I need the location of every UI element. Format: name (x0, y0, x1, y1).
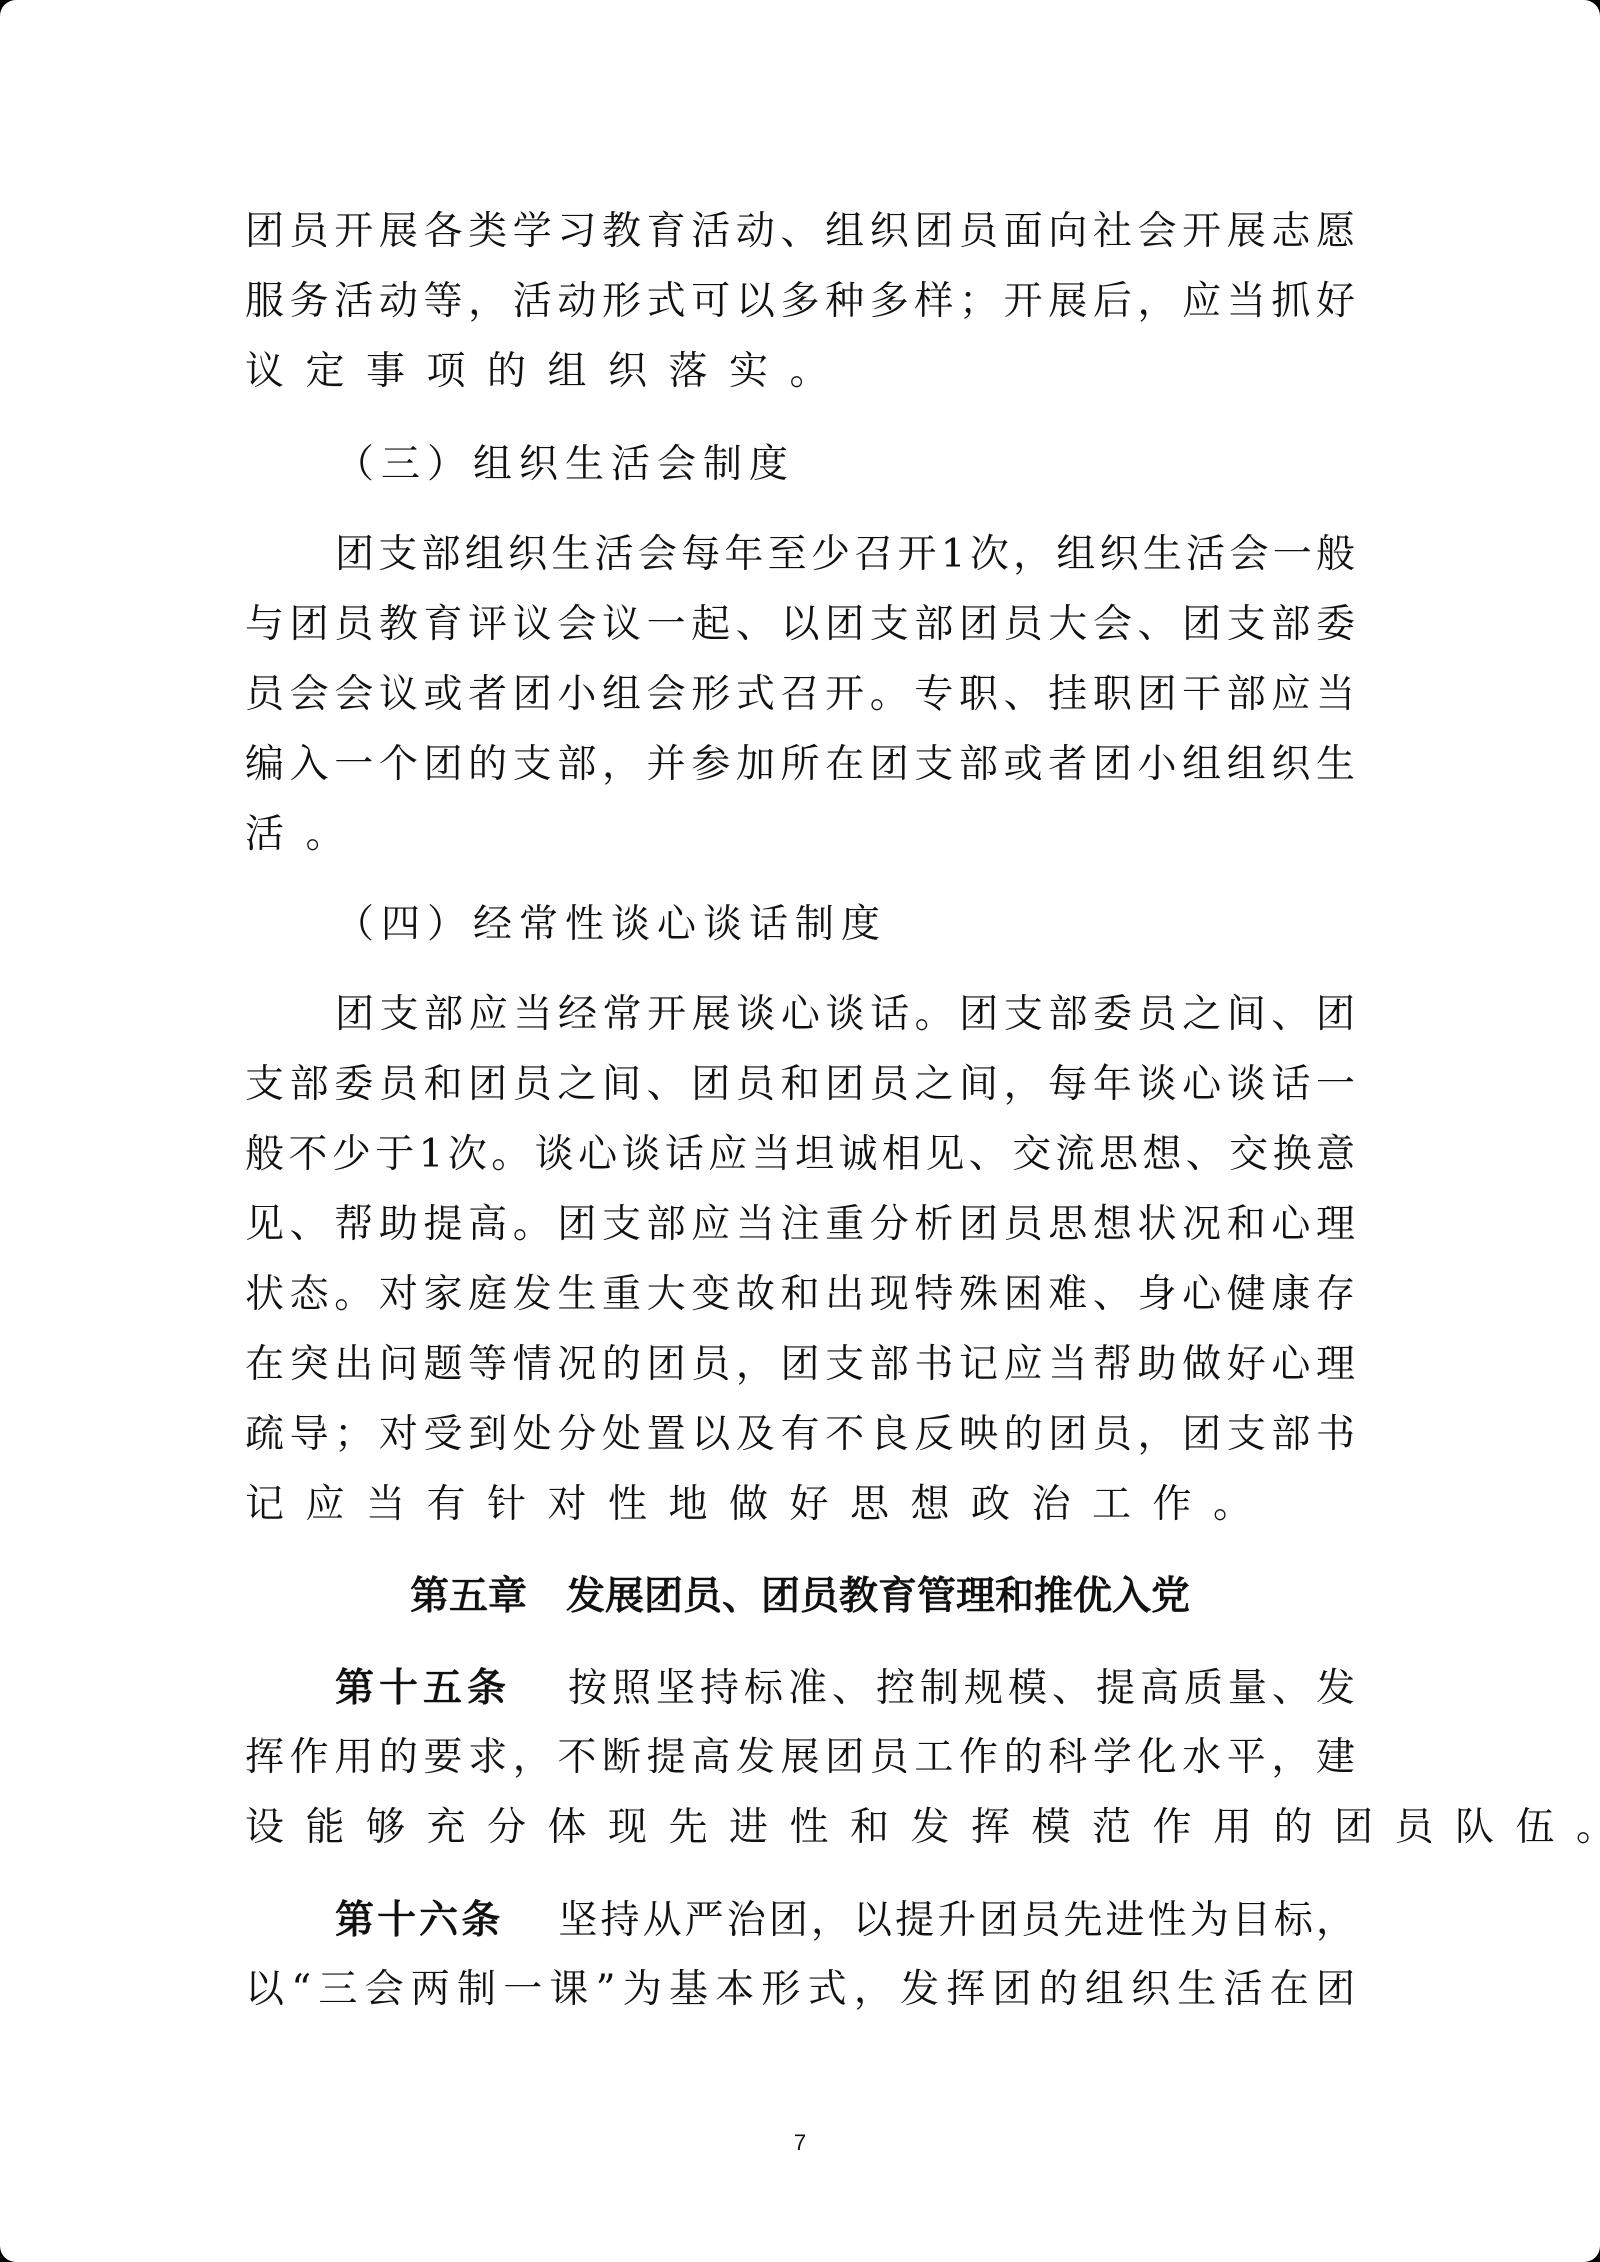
section-4-line-8: 记应当有针对性地做好思想政治工作。 (245, 1477, 1355, 1533)
paragraph-continuation-line-1: 团员开展各类学习教育活动、组织团员面向社会开展志愿 (245, 204, 1355, 260)
article-16-line-2: 以“三会两制一课”为基本形式，发挥团的组织生活在团 (245, 1962, 1355, 2018)
document-page: 团员开展各类学习教育活动、组织团员面向社会开展志愿 服务活动等，活动形式可以多种… (0, 0, 1600, 2262)
section-4-line-6: 在突出问题等情况的团员，团支部书记应当帮助做好心理 (245, 1337, 1355, 1393)
section-4-line-1: 团支部应当经常开展谈心谈话。团支部委员之间、团 (335, 987, 1355, 1043)
section-3-line-3: 员会会议或者团小组会形式召开。专职、挂职团干部应当 (245, 667, 1355, 723)
section-3-line-4: 编入一个团的支部，并参加所在团支部或者团小组组织生 (245, 737, 1355, 793)
article-16-first-line-text: 坚持从严治团，以提升团员先进性为目标， (555, 1898, 1355, 1943)
paragraph-continuation-line-3: 议定事项的组织落实。 (245, 344, 1355, 400)
section-3-line-1: 团支部组织生活会每年至少召开1次，组织生活会一般 (335, 527, 1355, 583)
article-15-label: 第十五条 (335, 1665, 511, 1711)
section-4-line-4: 见、帮助提高。团支部应当注重分析团员思想状况和心理 (245, 1197, 1355, 1253)
article-16-first-line: 第十六条坚持从严治团，以提升团员先进性为目标， (335, 1892, 1355, 1948)
chapter-5-heading: 第五章 发展团员、团员教育管理和推优入党 (0, 1567, 1600, 1627)
section-4-line-2: 支部委员和团员之间、团员和团员之间，每年谈心谈话一 (245, 1057, 1355, 1113)
section-4-line-3: 般不少于1次。谈心谈话应当坦诚相见、交流思想、交换意 (245, 1127, 1355, 1183)
article-15-line-2: 挥作用的要求，不断提高发展团员工作的科学化水平，建 (245, 1730, 1355, 1786)
page-number: 7 (0, 2128, 1600, 2158)
section-3-line-5: 活。 (245, 807, 1355, 863)
section-4-line-7: 疏导；对受到处分处置以及有不良反映的团员，团支部书 (245, 1407, 1355, 1463)
section-4-line-5: 状态。对家庭发生重大变故和出现特殊困难、身心健康存 (245, 1267, 1355, 1323)
article-15-line-3: 设能够充分体现先进性和发挥模范作用的团员队伍。 (245, 1800, 1355, 1856)
article-15-first-line: 第十五条按照坚持标准、控制规模、提高质量、发 (335, 1660, 1355, 1716)
section-3-line-2: 与团员教育评议会议一起、以团支部团员大会、团支部委 (245, 597, 1355, 653)
paragraph-continuation-line-2: 服务活动等，活动形式可以多种多样；开展后，应当抓好 (245, 274, 1355, 330)
section-3-heading: （三）组织生活会制度 (335, 437, 795, 493)
article-16-label: 第十六条 (335, 1897, 503, 1943)
article-15-first-line-text: 按照坚持标准、控制规模、提高质量、发 (563, 1666, 1355, 1711)
section-4-heading: （四）经常性谈心谈话制度 (335, 897, 887, 953)
